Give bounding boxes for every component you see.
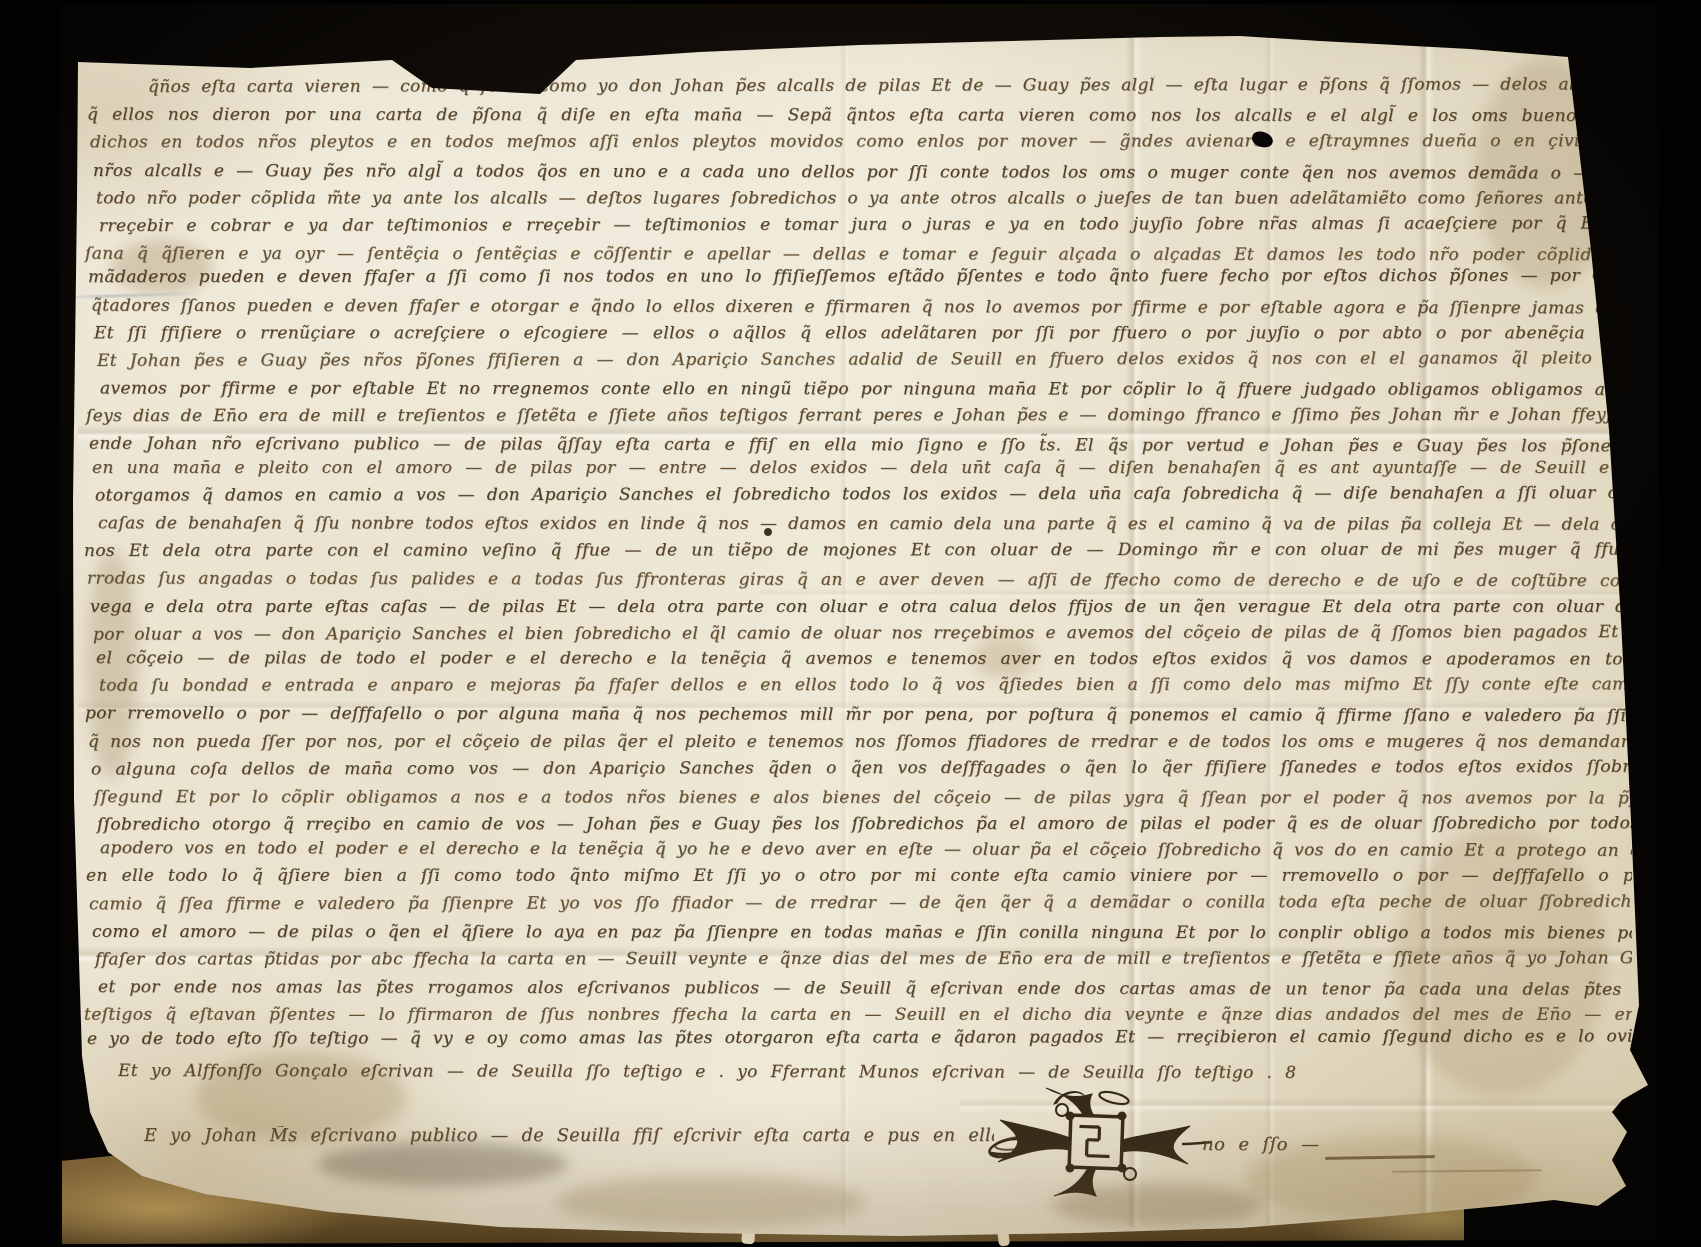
manuscript-line: q̃ nos non pueda ſſer por nos, por el cõ… bbox=[84, 729, 1632, 756]
pen-flourish-dash bbox=[1325, 1155, 1435, 1159]
manuscript-line: nos Et dela otra parte con el camino veſ… bbox=[84, 537, 1632, 566]
witness-line: Et yo Alffonſſo Gonçalo eſcrivan — de Se… bbox=[118, 1061, 1298, 1083]
notarial-sign-icon bbox=[984, 1086, 1214, 1202]
parchment-sheet: q̃ños eſta carta vieren — como q̃ ſe dr̃… bbox=[0, 0, 1701, 1247]
manuscript-line: Et Johan p̃es e Guay p̃es nr̃os p̃ſones … bbox=[84, 345, 1632, 375]
manuscript-line: avemos por ffirme e por eſtable Et no rr… bbox=[84, 376, 1632, 405]
manuscript-line: por oluar a vos — don Apariçio Sanches e… bbox=[84, 619, 1632, 649]
manuscript-line: o alguna coſa dellos de man̄a como vos —… bbox=[84, 754, 1632, 784]
manuscript-line: toda ſu bondad e entrada e anparo e mejo… bbox=[84, 672, 1632, 701]
subscription-line: E yo Johan M̃s eſcrivano publico — de Se… bbox=[144, 1126, 994, 1146]
manuscript-line: por rremovello o por — deſffaſello o por… bbox=[84, 701, 1632, 731]
manuscript-line: el cõçeio — de pilas de todo el poder e … bbox=[84, 645, 1632, 674]
photo-scene: q̃ños eſta carta vieren — como q̃ ſe dr̃… bbox=[0, 0, 1701, 1247]
manuscript-line: rreçebir e cobrar e ya dar teſtimonios e… bbox=[84, 210, 1632, 240]
manuscript-line: q̃ ellos nos dieron por una carta de p̃ſ… bbox=[84, 102, 1632, 131]
manuscript-line: nr̃os alcalls e — Guay p̃es nr̃o algl̃ a… bbox=[84, 158, 1632, 188]
manuscript-line: todo nr̃o poder cõplida m̃te ya ante los… bbox=[84, 185, 1632, 212]
manuscript-line: vega e dela otra parte eſtas caſas — de … bbox=[84, 594, 1632, 621]
manuscript-line: et por ende nos amas las p̃tes rrogamos … bbox=[84, 974, 1632, 1004]
manuscript-line: q̃tadores ſſanos pueden e deven ffaſer e… bbox=[84, 292, 1632, 322]
manuscript-line: como el amoro — de pilas o q̃en el q̃ſie… bbox=[84, 919, 1632, 948]
manuscript-line: ffaſer dos cartas p̃tidas por abc ffecha… bbox=[84, 945, 1632, 974]
manuscript-line: apodero vos en todo el poder e el derech… bbox=[84, 835, 1632, 865]
manuscript-line: Et ſſi ffiſiere o rrenũçiare o acreſçier… bbox=[84, 320, 1632, 347]
manuscript-line: q̃ños eſta carta vieren — como q̃ ſe dr̃… bbox=[84, 76, 1632, 101]
manuscript-line: mãdaderos pueden e deven ffaſer a ſſi co… bbox=[84, 263, 1632, 292]
manuscript-line: camio q̃ ſſea ffirme e valedero p̃a ſſie… bbox=[84, 888, 1632, 918]
stain bbox=[556, 1176, 866, 1228]
manuscript-text: q̃ños eſta carta vieren — como q̃ ſe dr̃… bbox=[84, 76, 1632, 1064]
manuscript-line: otorgamos q̃ damos en camio a vos — don … bbox=[84, 480, 1632, 510]
manuscript-line: ſeys dias de En̄o era de mill e treſient… bbox=[84, 402, 1632, 431]
pen-flourish-dash bbox=[1392, 1169, 1542, 1172]
subscription-after-sign: no e ſſo — bbox=[1202, 1134, 1319, 1155]
manuscript-line: caſas de benahaſen q̃ ſſu nonbre todos e… bbox=[84, 510, 1632, 539]
manuscript-line: rrodas ſus angadas o todas ſus palides e… bbox=[84, 566, 1632, 596]
manuscript-line: en una man̄a e pleito con el amoro — de … bbox=[84, 455, 1632, 482]
manuscript-line: en elle todo lo q̃ q̃ſiere bien a ſſi co… bbox=[84, 863, 1632, 890]
manuscript-line: e yo de todo eſto ſſo teſtigo — q̃ vy e … bbox=[84, 1023, 1632, 1053]
stain bbox=[318, 1142, 568, 1186]
manuscript-line: dichos en todos nr̃os pleytos e en todos… bbox=[84, 128, 1632, 157]
manuscript-line: ſſegund Et por lo cõplir obligamos a nos… bbox=[84, 784, 1632, 813]
